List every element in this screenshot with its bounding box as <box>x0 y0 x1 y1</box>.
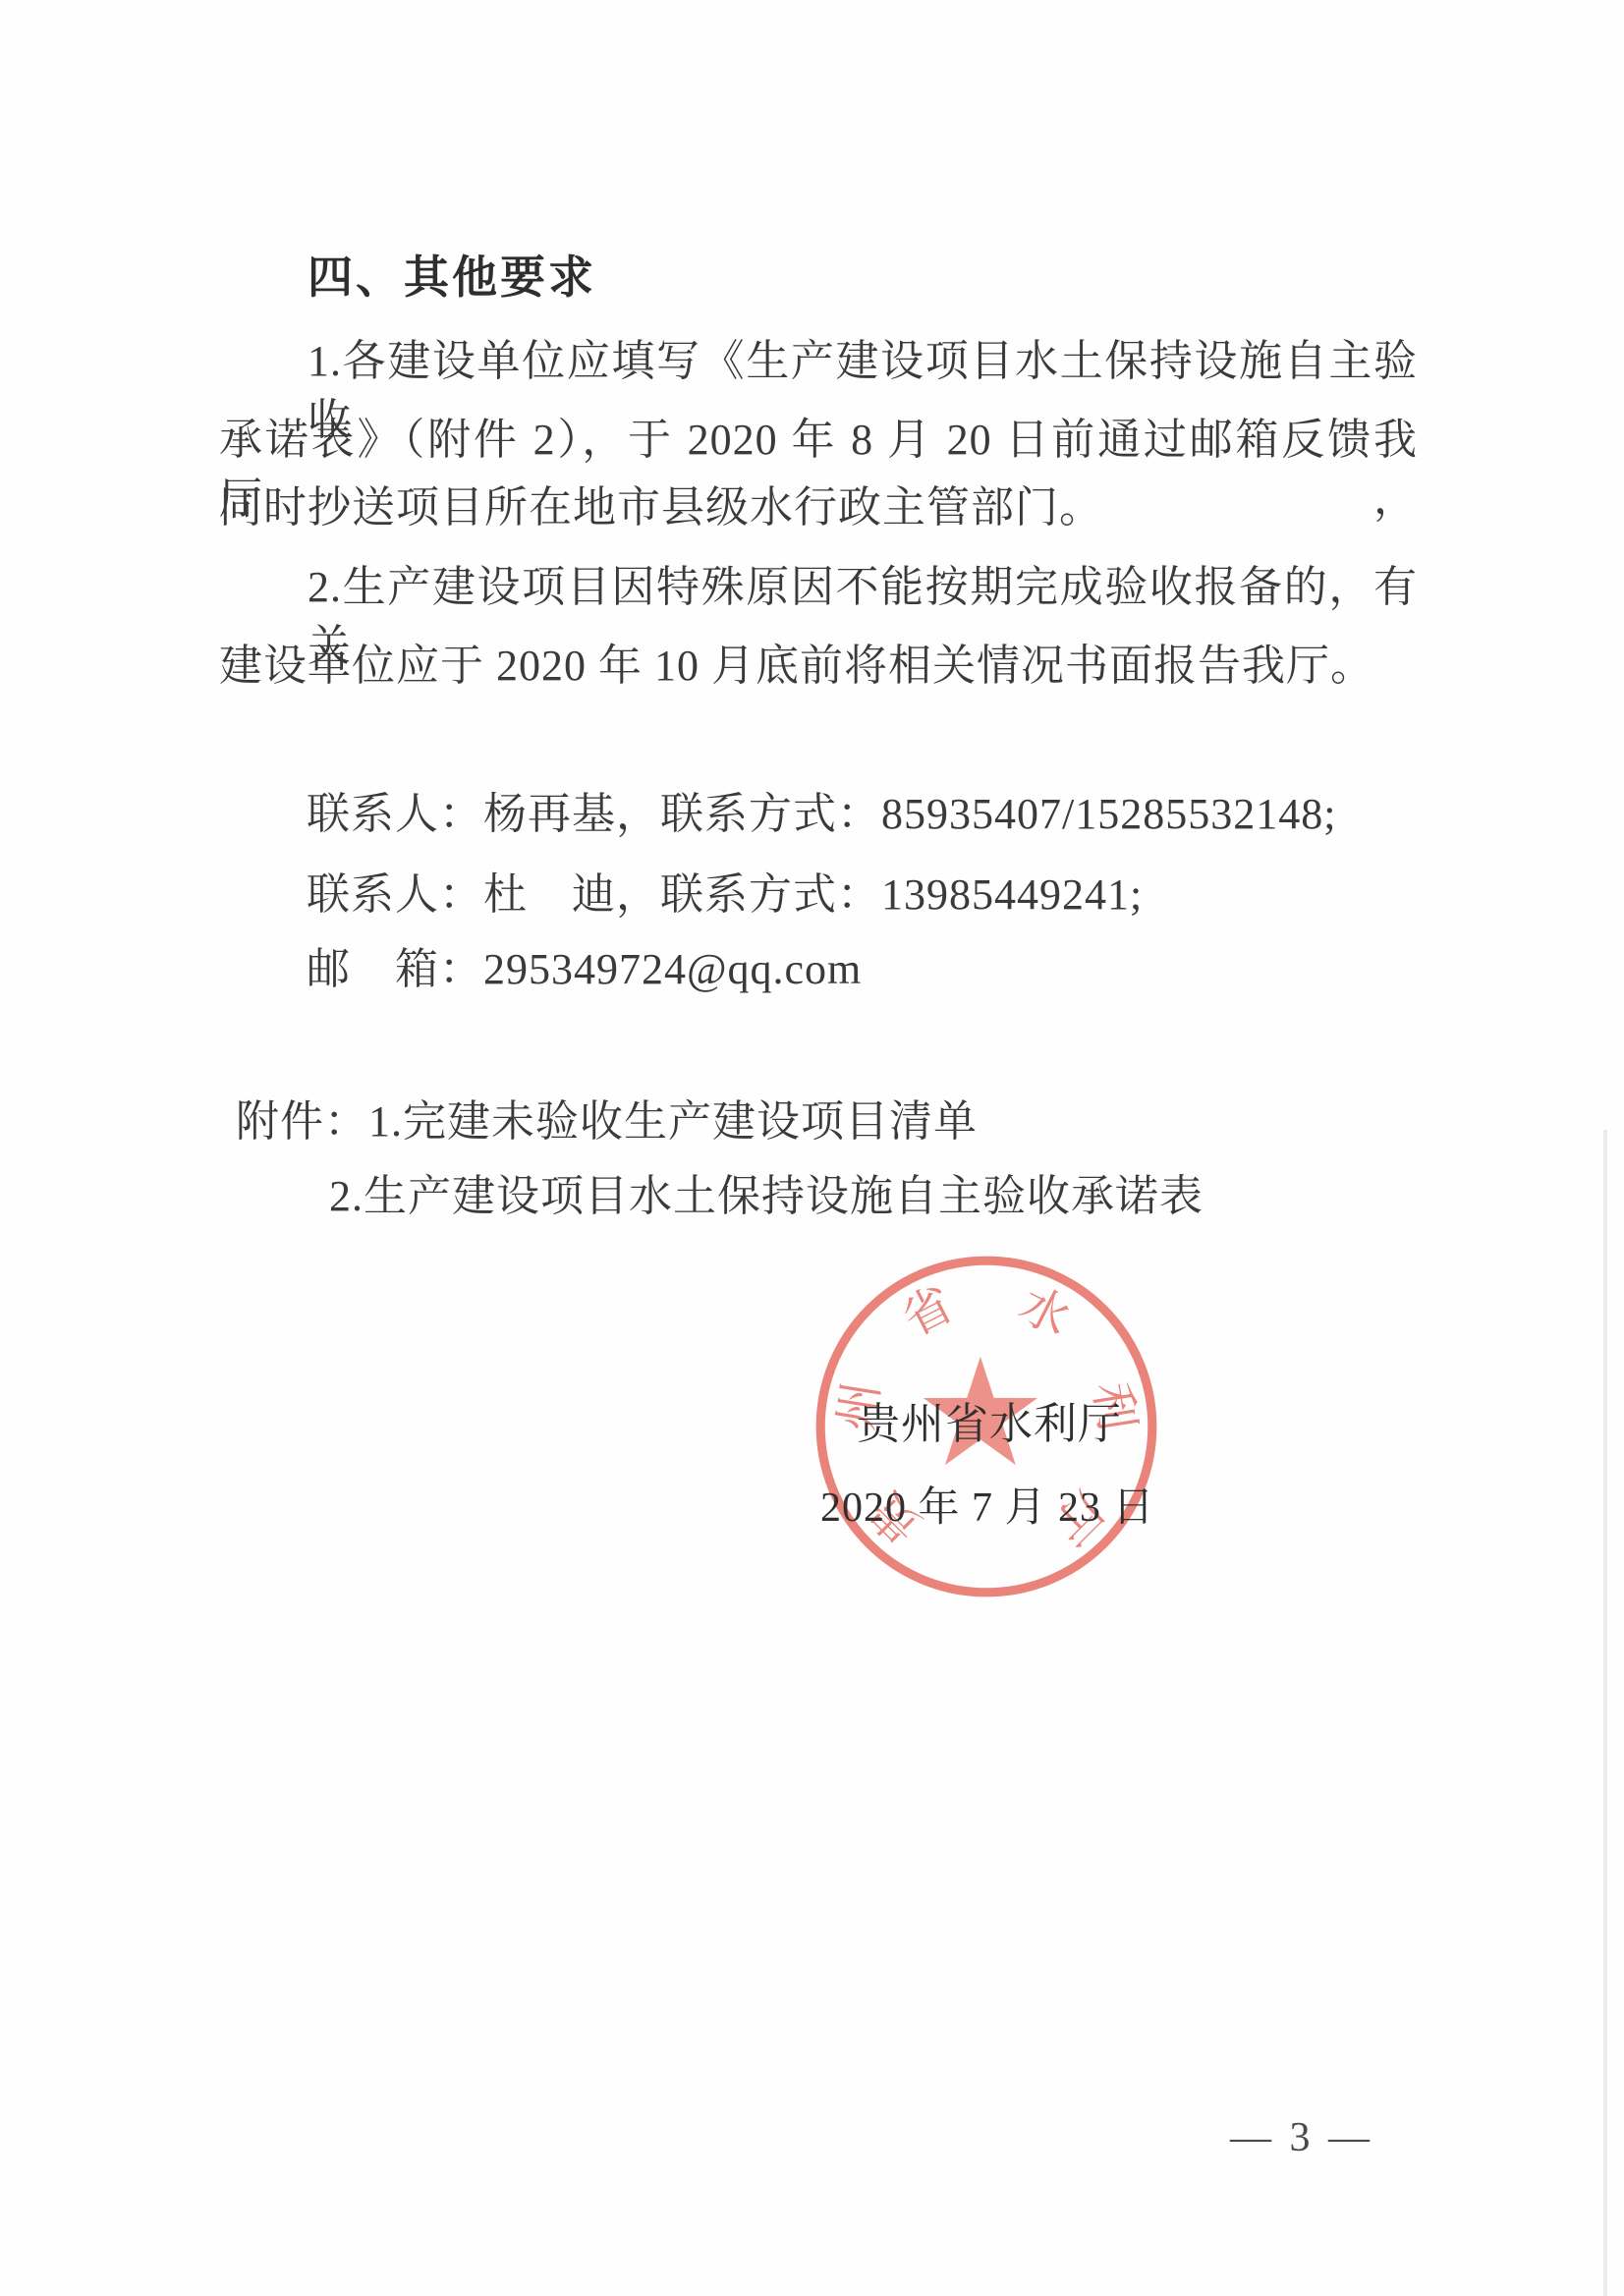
paragraph1-line3: 同时抄送项目所在地市县级水行政主管部门。 <box>219 478 1103 537</box>
contact-email-line: 邮 箱：295349724@qq.com <box>307 940 862 999</box>
svg-text:水: 水 <box>1011 1277 1078 1346</box>
page-number: — 3 — <box>1230 2114 1373 2161</box>
scan-edge-artifact <box>1603 1130 1607 2296</box>
signature-date: 2020 年 7 月 23 日 <box>820 1483 1155 1534</box>
attachments-line-1: 附件：1.完建未验收生产建设项目清单 <box>236 1092 978 1151</box>
section-heading: 四、其他要求 <box>308 248 596 307</box>
contact-line-2: 联系人：杜 迪，联系方式：13985449241; <box>307 866 1143 924</box>
signature-org: 贵州省水利厅 <box>857 1399 1122 1450</box>
paragraph2-line2: 建设单位应于 2020 年 10 月底前将相关情况书面报告我厅。 <box>219 637 1374 696</box>
document-page: 四、其他要求 1.各建设单位应填写《生产建设项目水土保持设施自主验收 承诺表》（… <box>0 0 1624 2296</box>
attachments-line-2: 2.生产建设项目水土保持设施自主验收承诺表 <box>329 1167 1204 1226</box>
contact-line-1: 联系人：杨再基，联系方式：85935407/15285532148; <box>307 785 1336 844</box>
svg-text:省: 省 <box>895 1277 962 1346</box>
